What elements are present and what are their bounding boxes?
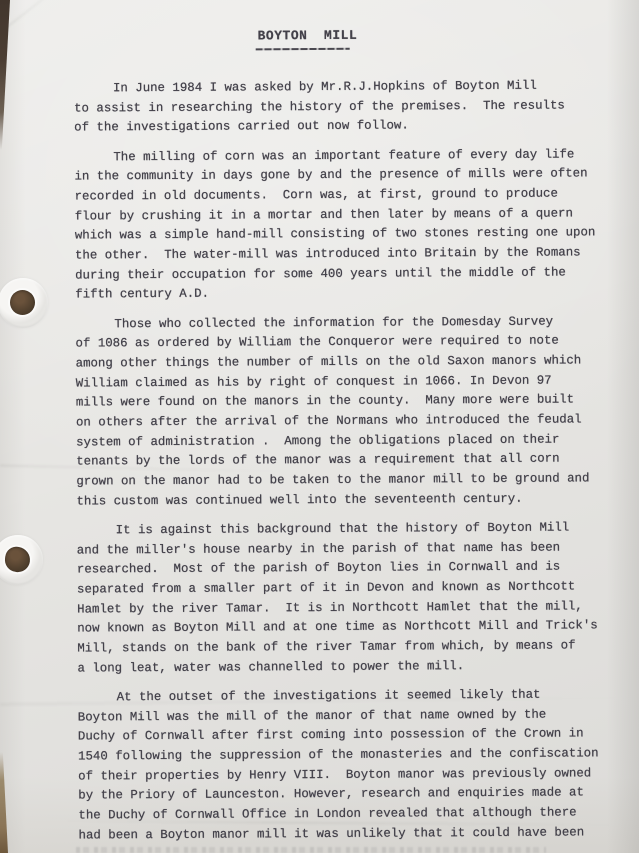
paragraph: At the outset of the investigations it s… [78, 685, 624, 846]
text-line: Mill, stands on the bank of the river Ta… [77, 636, 622, 659]
paragraph: The milling of corn was an important fea… [74, 145, 620, 306]
text-line: during their occupation for some 400 yea… [75, 263, 620, 286]
paragraph: In June 1984 I was asked by Mr.R.J.Hopki… [74, 76, 619, 138]
scanned-typewritten-page: BOYTON MILL In June 1984 I was asked by … [0, 0, 639, 853]
text-line: a long leat, water was channelled to pow… [77, 656, 622, 679]
title-underline [256, 48, 350, 51]
paragraph: It is against this background that the h… [77, 518, 623, 679]
text-line: grown on the manor had to be taken to th… [76, 469, 621, 492]
text-line: of the investigations carried out now fo… [74, 116, 619, 139]
paragraphs: In June 1984 I was asked by Mr.R.J.Hopki… [74, 76, 624, 853]
cut-off-text-line [76, 847, 546, 853]
page-title: BOYTON MILL [258, 28, 358, 44]
text-line: this custom was continued well into the … [76, 489, 621, 512]
typed-content: BOYTON MILL In June 1984 I was asked by … [0, 0, 639, 853]
text-line: had been a Boyton manor mill it was unli… [78, 823, 623, 846]
paragraph: Those who collected the information for … [75, 312, 621, 512]
text-line: fifth century A.D. [75, 283, 620, 306]
text-line: to assist in researching the history of … [74, 96, 619, 119]
